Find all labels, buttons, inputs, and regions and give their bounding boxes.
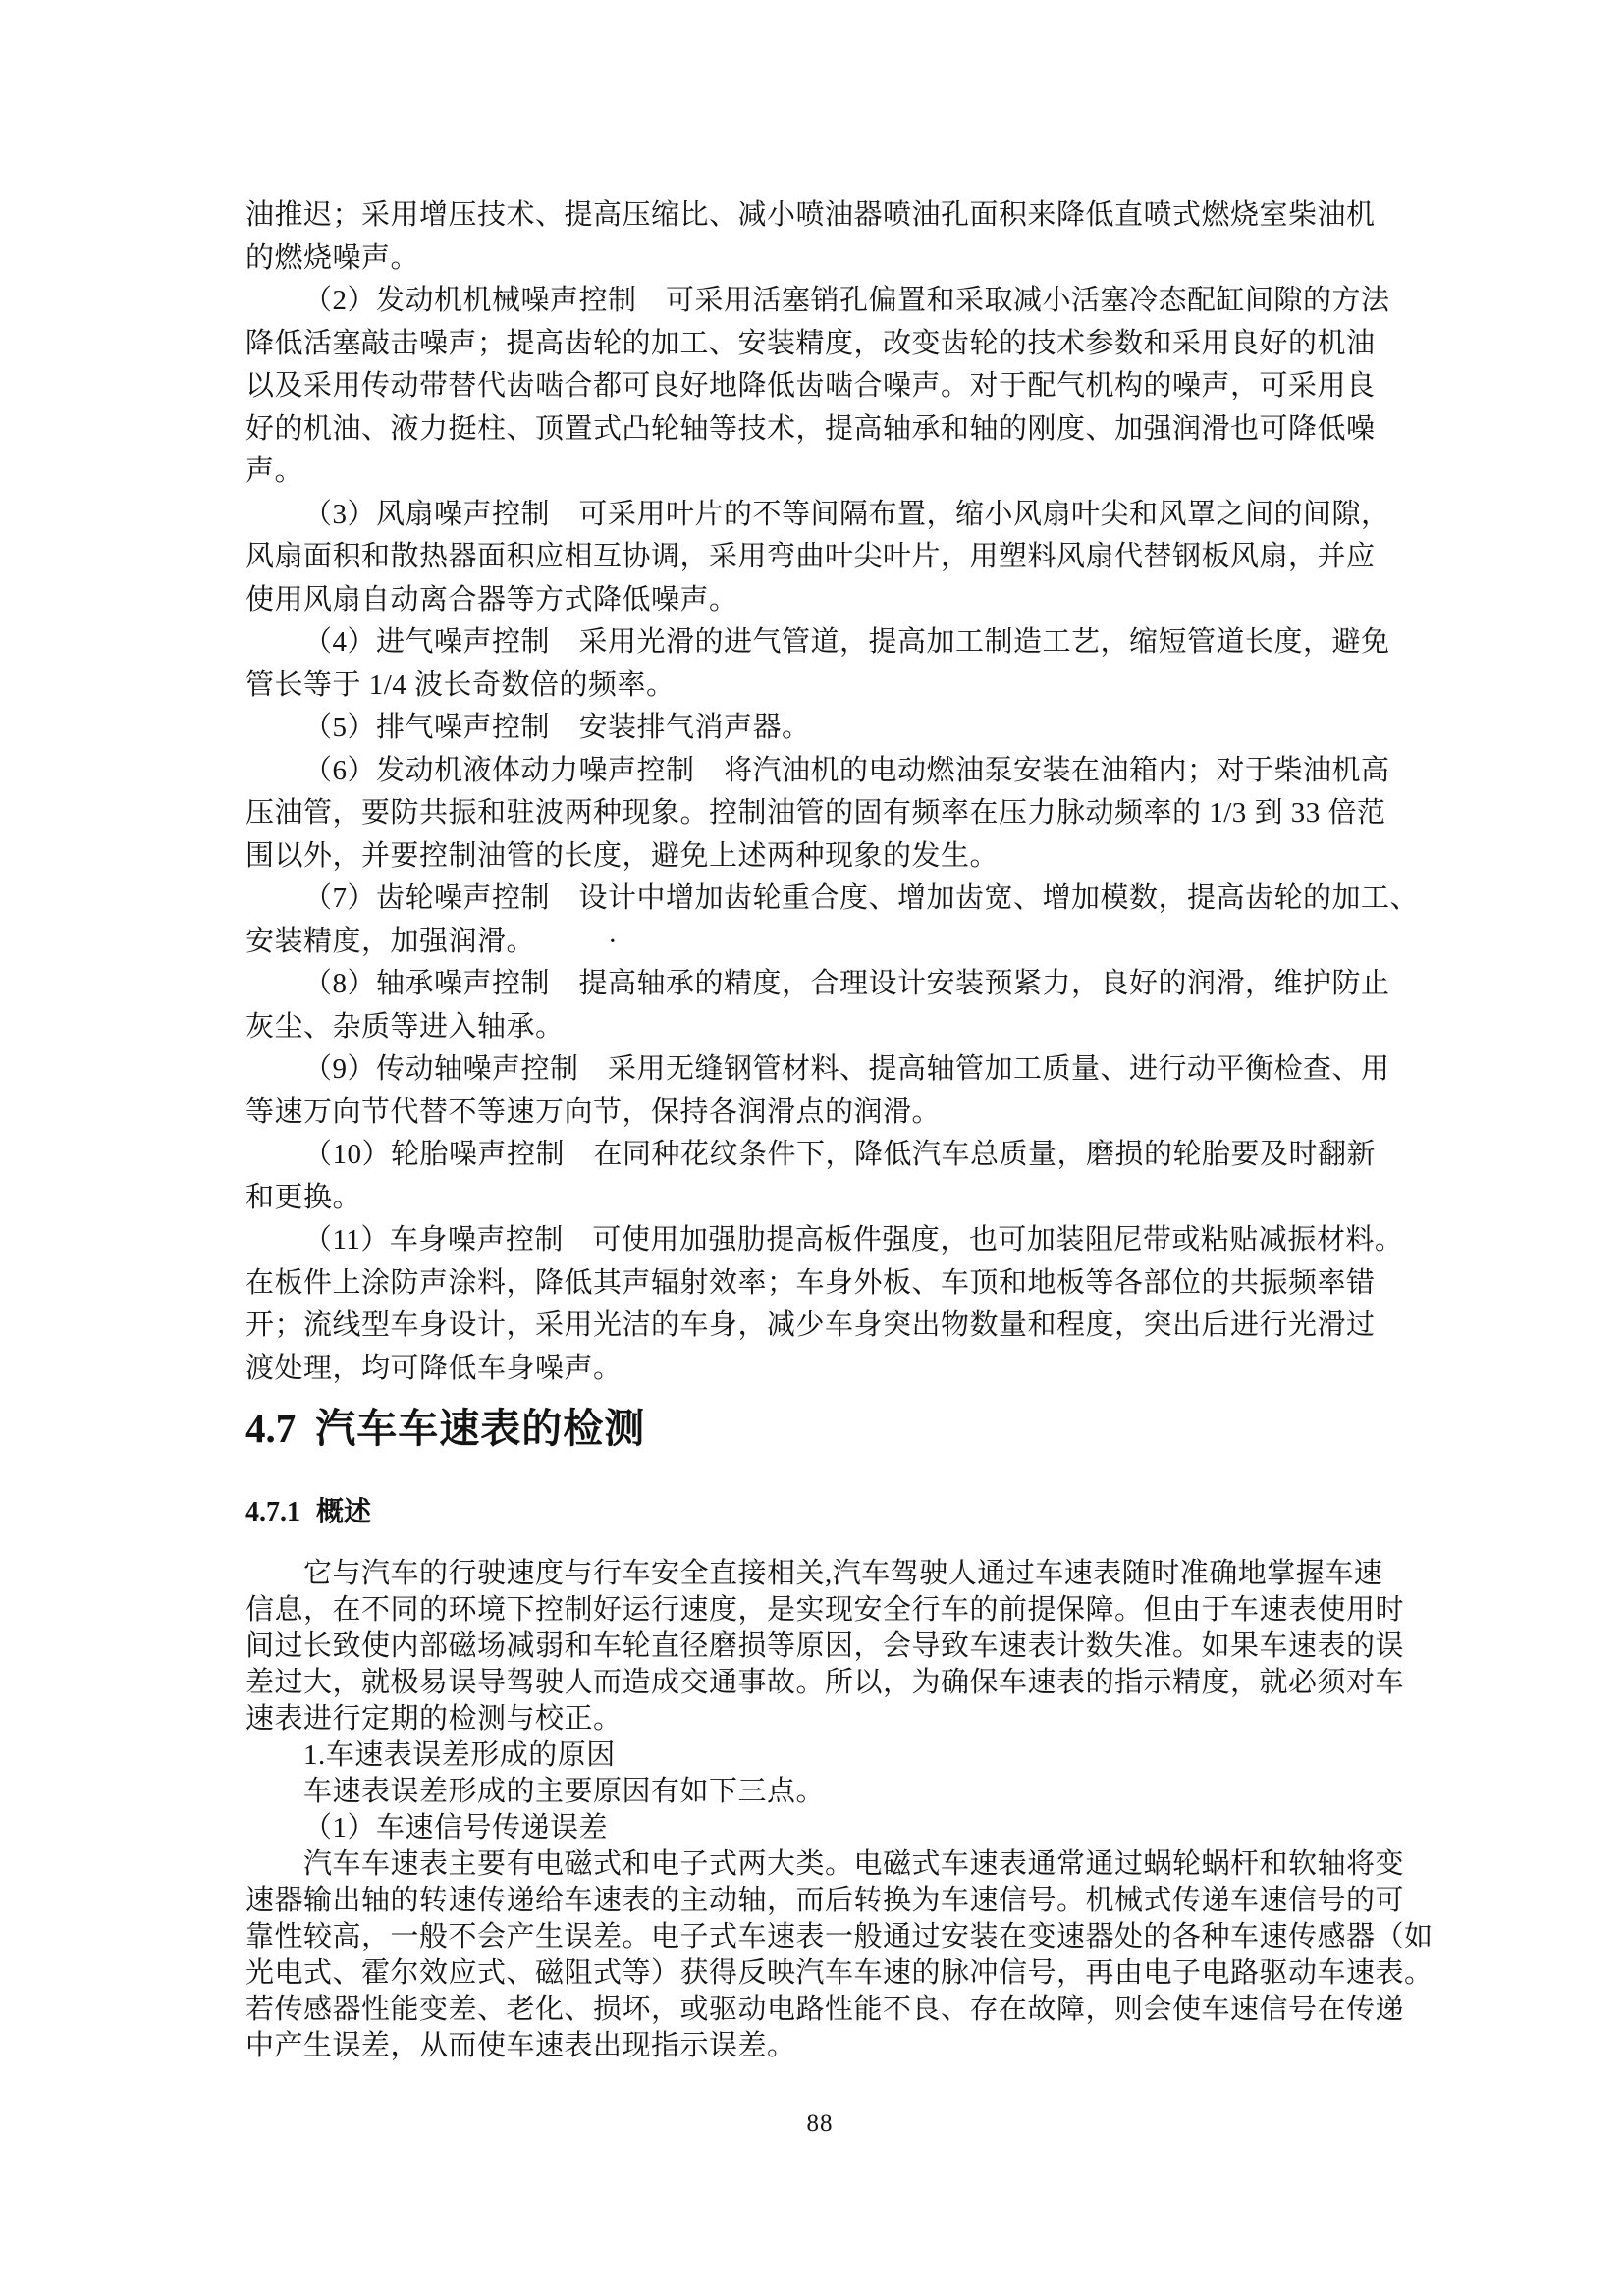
text-line: （5）排气噪声控制 安装排气消声器。 <box>245 707 1394 750</box>
text-line: （11）车身噪声控制 可使用加强肋提高板件强度，也可加装阻尼带或粘贴减振材料。 <box>245 1219 1394 1262</box>
subsection-heading-number: 4.7.1 <box>245 1497 300 1527</box>
section-heading: 4.7汽车车速表的检测 <box>245 1404 1394 1453</box>
text-line: 降低活塞敲击噪声；提高齿轮的加工、安装精度，改变齿轮的技术参数和采用良好的机油 <box>245 323 1394 366</box>
text-line: 使用风扇自动离合器等方式降低噪声。 <box>245 579 1394 622</box>
noise-control-section: 油推迟；采用增压技术、提高压缩比、减小喷油器喷油孔面积来降低直喷式燃烧室柴油机的… <box>245 194 1394 1390</box>
document-page: 油推迟；采用增压技术、提高压缩比、减小喷油器喷油孔面积来降低直喷式燃烧室柴油机的… <box>0 0 1624 2296</box>
text-line: 压油管，要防共振和驻波两种现象。控制油管的固有频率在压力脉动频率的 1/3 到 … <box>245 792 1394 835</box>
text-line: 信息，在不同的环境下控制好运行速度，是实现安全行车的前提保障。但由于车速表使用时 <box>245 1592 1394 1629</box>
text-line: 的燃烧噪声。 <box>245 238 1394 281</box>
text-line: 声。 <box>245 451 1394 494</box>
section-heading-number: 4.7 <box>245 1406 296 1451</box>
text-line: 速表进行定期的检测与校正。 <box>245 1701 1394 1737</box>
text-line: 开；流线型车身设计，采用光洁的车身，减少车身突出物数量和程度，突出后进行光滑过 <box>245 1305 1394 1348</box>
text-line: 和更换。 <box>245 1177 1394 1220</box>
overview-section: 它与汽车的行驶速度与行车安全直接相关,汽车驾驶人通过车速表随时准确地掌握车速信息… <box>245 1556 1394 2064</box>
text-line: 车速表误差形成的主要原因有如下三点。 <box>245 1774 1394 1810</box>
text-line: 差过大，就极易误导驾驶人而造成交通事故。所以，为确保车速表的指示精度，就必须对车 <box>245 1665 1394 1701</box>
text-line: 1.车速表误差形成的原因 <box>245 1737 1394 1774</box>
text-line: 速器输出轴的转速传递给车速表的主动轴，而后转换为车速信号。机械式传递车速信号的可 <box>245 1883 1394 1919</box>
text-line: 围以外，并要控制油管的长度，避免上述两种现象的发生。 <box>245 835 1394 879</box>
text-line: 风扇面积和散热器面积应相互协调，采用弯曲叶尖叶片，用塑料风扇代替钢板风扇，并应 <box>245 536 1394 579</box>
subsection-heading-title: 概述 <box>316 1496 371 1526</box>
text-line: 管长等于 1/4 波长奇数倍的频率。 <box>245 665 1394 708</box>
text-line: 中产生误差，从而使车速表出现指示误差。 <box>245 2028 1394 2064</box>
page-content: 油推迟；采用增压技术、提高压缩比、减小喷油器喷油孔面积来降低直喷式燃烧室柴油机的… <box>0 0 1624 2139</box>
text-line: （3）风扇噪声控制 可采用叶片的不等间隔布置，缩小风扇叶尖和风罩之间的间隙， <box>245 494 1394 537</box>
text-line: 好的机油、液力挺柱、顶置式凸轮轴等技术，提高轴承和轴的刚度、加强润滑也可降低噪 <box>245 408 1394 452</box>
text-line: 渡处理，均可降低车身噪声。 <box>245 1348 1394 1391</box>
text-line: 油推迟；采用增压技术、提高压缩比、减小喷油器喷油孔面积来降低直喷式燃烧室柴油机 <box>245 194 1394 238</box>
text-line: （9）传动轴噪声控制 采用无缝钢管材料、提高轴管加工质量、进行动平衡检查、用 <box>245 1048 1394 1092</box>
subsection-heading: 4.7.1概述 <box>245 1496 1394 1528</box>
section-heading-title: 汽车车速表的检测 <box>315 1406 645 1451</box>
text-line: 靠性较高，一般不会产生误差。电子式车速表一般通过安装在变速器处的各种车速传感器（… <box>245 1919 1394 1955</box>
text-line: 汽车车速表主要有电磁式和电子式两大类。电磁式车速表通常通过蜗轮蜗杆和软轴将变 <box>245 1846 1394 1883</box>
text-line: （1）车速信号传递误差 <box>245 1810 1394 1846</box>
text-line: 在板件上涂防声涂料，降低其声辐射效率；车身外板、车顶和地板等各部位的共振频率错 <box>245 1262 1394 1306</box>
text-line: 等速万向节代替不等速万向节，保持各润滑点的润滑。 <box>245 1092 1394 1135</box>
text-line: （8）轴承噪声控制 提高轴承的精度，合理设计安装预紧力，良好的润滑，维护防止 <box>245 963 1394 1006</box>
text-line: （7）齿轮噪声控制 设计中增加齿轮重合度、增加齿宽、增加模数，提高齿轮的加工、 <box>245 878 1394 921</box>
text-line: 安装精度，加强润滑。 · <box>245 921 1394 964</box>
page-number: 88 <box>245 2109 1394 2139</box>
text-line: 灰尘、杂质等进入轴承。 <box>245 1006 1394 1049</box>
text-line: 若传感器性能变差、老化、损坏，或驱动电路性能不良、存在故障，则会使车速信号在传递 <box>245 1992 1394 2028</box>
text-line: 间过长致使内部磁场减弱和车轮直径磨损等原因，会导致车速表计数失准。如果车速表的误 <box>245 1629 1394 1665</box>
text-line: （4）进气噪声控制 采用光滑的进气管道，提高加工制造工艺，缩短管道长度，避免 <box>245 621 1394 665</box>
text-line: （6）发动机液体动力噪声控制 将汽油机的电动燃油泵安装在油箱内；对于柴油机高 <box>245 750 1394 793</box>
text-line: 以及采用传动带替代齿啮合都可良好地降低齿啮合噪声。对于配气机构的噪声，可采用良 <box>245 365 1394 408</box>
text-line: （2）发动机机械噪声控制 可采用活塞销孔偏置和采取减小活塞冷态配缸间隙的方法 <box>245 280 1394 323</box>
text-line: （10）轮胎噪声控制 在同种花纹条件下，降低汽车总质量，磨损的轮胎要及时翻新 <box>245 1134 1394 1177</box>
text-line: 它与汽车的行驶速度与行车安全直接相关,汽车驾驶人通过车速表随时准确地掌握车速 <box>245 1556 1394 1592</box>
text-line: 光电式、霍尔效应式、磁阻式等）获得反映汽车车速的脉冲信号，再由电子电路驱动车速表… <box>245 1955 1394 1992</box>
